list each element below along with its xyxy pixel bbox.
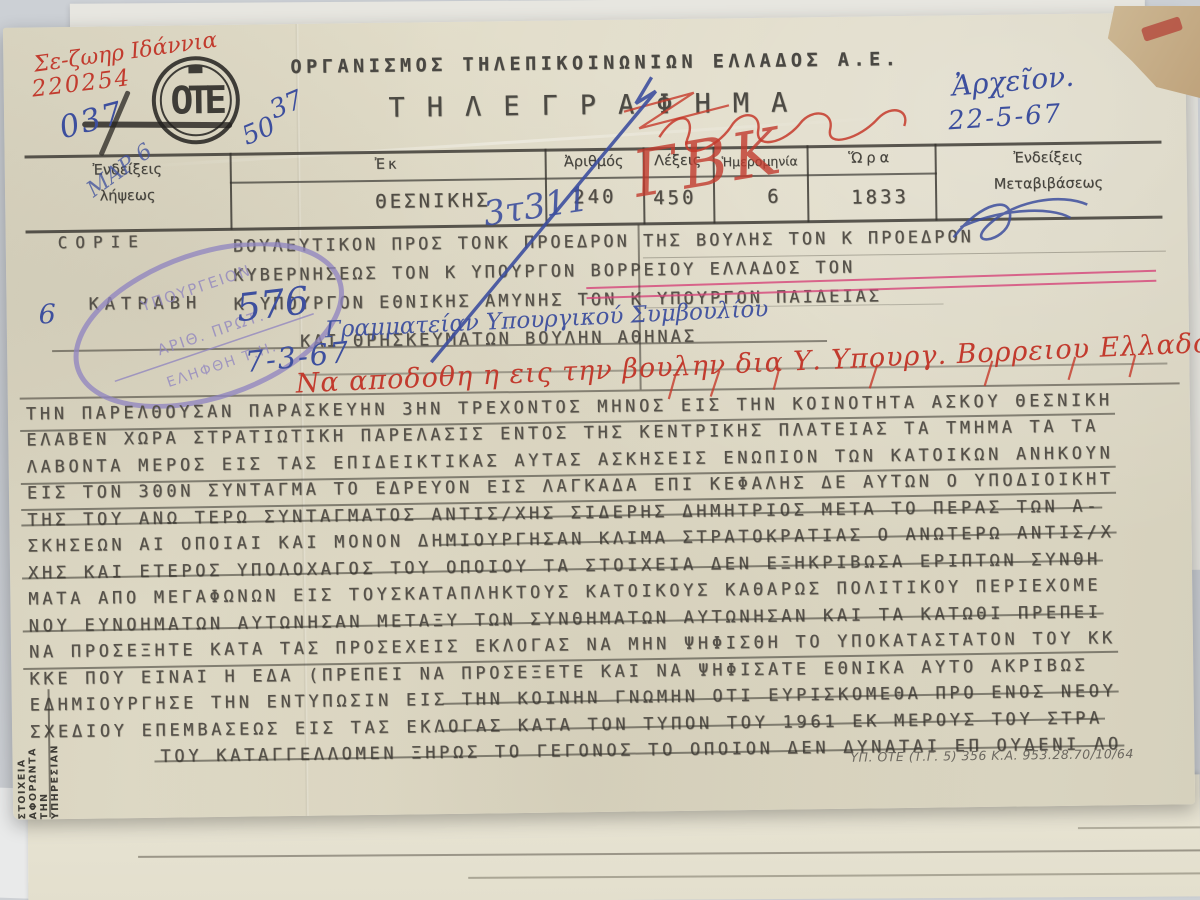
number-label: Ἀριθμός	[545, 153, 643, 170]
table-border-bottom	[26, 216, 1163, 233]
ruled-line	[468, 872, 1200, 878]
time-value: 1833	[851, 186, 909, 209]
origin-value: ΘΕΣΝΙΚΗΣ	[375, 189, 491, 213]
time-label: Ὥρα	[807, 150, 935, 168]
scanned-telegram-photo: { "colors":{"paper":"#ddd8c4","red_ink":…	[0, 0, 1200, 900]
margin-number: 6	[38, 299, 56, 330]
telegram-sheet: OTE ΟΡΓΑΝΙΣΜΟΣ ΤΗΛΕΠΙΚΟΙΝΩΝΙΩΝ ΕΛΛΑΔΟΣ Α…	[3, 12, 1195, 819]
transmit-indications-label: Ἐνδείξεις	[935, 149, 1162, 168]
form-line	[643, 251, 1166, 259]
receipt-indications-label2: λήψεως	[25, 187, 230, 206]
ruled-line	[1078, 826, 1200, 829]
transmit-indications-label2: Μεταβιβάσεως	[935, 175, 1162, 194]
archive-note: Ἀρχεῖον.	[950, 60, 1075, 103]
organization-name: ΟΡΓΑΝΙΣΜΟΣ ΤΗΛΕΠΙΚΟΙΝΩΝΙΩΝ ΕΛΛΑΔΟΣ Α.Ε.	[265, 49, 925, 79]
archive-date: 22-5-67	[947, 99, 1063, 136]
ote-logo: OTE	[148, 53, 243, 148]
ruled-line	[138, 849, 1200, 857]
handwritten-number-037: 037	[56, 95, 128, 146]
service-column-text: ΣΤΟΙΧΕΙΑ ΑΦΟΡΩΝΤΑ ΤΗΝ ΥΠΗΡΕΣΙΑΝ	[16, 687, 62, 820]
form-code: ΥΠ. ΟΤΕ (Τ.Γ. 5) 356 Κ.Α. 953.28.70/10/6…	[850, 746, 1134, 765]
svg-text:OTE: OTE	[170, 78, 225, 123]
red-initials-scribble: ΓΒΚ	[628, 114, 790, 213]
service-text-line: ΥΠΗΡΕΣΙΑΝ	[49, 687, 62, 819]
blue-scribble-origin: 3τ311	[481, 179, 591, 235]
protocol-number: 576	[234, 278, 311, 330]
from-label: Ἐκ	[230, 155, 545, 175]
